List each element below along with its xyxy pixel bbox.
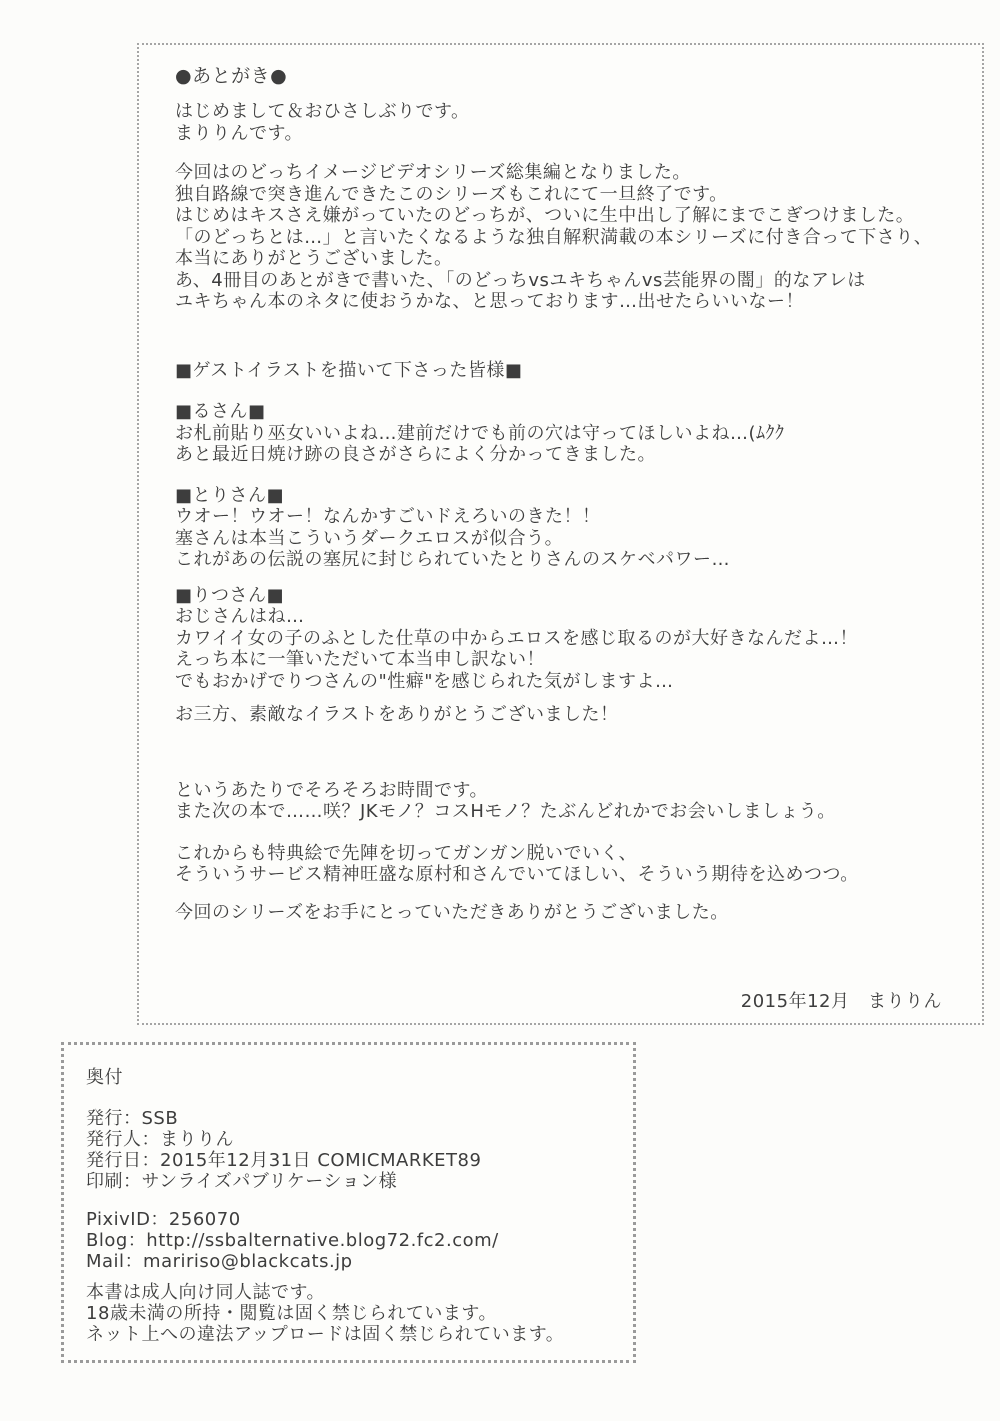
publisher-person-line: 発行人：まりりん	[86, 1129, 615, 1150]
series-line: 本当にありがとうございました。	[175, 248, 944, 270]
guest-comment-line: これがあの伝説の塞尻に封じられていたとりさんのスケベパワー…	[175, 549, 944, 571]
closing-paragraph-time: というあたりでそろそろお時間です。 また次の本で……咲？JKモノ？コスHモノ？た…	[175, 780, 944, 823]
series-line: 今回はのどっちイメージビデオシリーズ総集編となりました。	[175, 162, 944, 184]
guest-comment-line: ウオー！ウオー！なんかすごいドえろいのきた！！	[175, 506, 944, 528]
guest-comment-line: 塞さんは本当こういうダークエロスが似合う。	[175, 528, 944, 550]
closing-line: また次の本で……咲？JKモノ？コスHモノ？たぶんどれかでお会いしましょう。	[175, 801, 944, 823]
notice-line: 18歳未満の所持・閲覧は固く禁じられています。	[86, 1303, 615, 1324]
mail-address-line: Mail：maririso@blackcats.jp	[86, 1251, 615, 1272]
guest-thanks-line: お三方、素敵なイラストをありがとうございました！	[175, 704, 944, 726]
guest-name: ■りつさん■	[175, 585, 944, 607]
afterword-title: ●あとがき●	[175, 65, 944, 87]
printer-line: 印刷：サンライズパブリケーション様	[86, 1171, 615, 1192]
guest-name: ■るさん■	[175, 401, 944, 423]
closing-thanks-line: 今回のシリーズをお手にとっていただきありがとうございました。	[175, 902, 944, 924]
guest-block-ritsu: ■りつさん■ おじさんはね… カワイイ女の子のふとした仕草の中からエロスを感じ取…	[175, 585, 944, 693]
intro-line: はじめまして＆おひさしぶりです。	[175, 101, 944, 123]
guest-comment-line: お札前貼り巫女いいよね…建前だけでも前の穴は守ってほしいよね…(ﾑｸｸ	[175, 423, 944, 445]
publisher-line: 発行：SSB	[86, 1108, 615, 1129]
colophon-title: 奥付	[86, 1067, 615, 1088]
series-line: ユキちゃん本のネタに使おうかな、と思っております…出せたらいいなー！	[175, 291, 944, 313]
adult-notice-block: 本書は成人向け同人誌です。 18歳未満の所持・閲覧は固く禁じられています。 ネッ…	[86, 1282, 615, 1345]
publication-info-block: 発行：SSB 発行人：まりりん 発行日：2015年12月31日 COMICMAR…	[86, 1108, 615, 1192]
closing-line: これからも特典絵で先陣を切ってガンガン脱いでいく、	[175, 843, 944, 865]
notice-line: ネット上への違法アップロードは固く禁じられています。	[86, 1324, 615, 1345]
guest-name: ■とりさん■	[175, 485, 944, 507]
intro-paragraph: はじめまして＆おひさしぶりです。 まりりんです。	[175, 101, 944, 144]
guest-block-ru: ■るさん■ お札前貼り巫女いいよね…建前だけでも前の穴は守ってほしいよね…(ﾑｸ…	[175, 401, 944, 466]
afterword-box: ●あとがき● はじめまして＆おひさしぶりです。 まりりんです。 今回はのどっちイ…	[137, 43, 984, 1025]
series-line: あ、4冊目のあとがきで書いた、「のどっちvsユキちゃんvs芸能界の闇」的なアレは	[175, 270, 944, 292]
closing-paragraph-hope: これからも特典絵で先陣を切ってガンガン脱いでいく、 そういうサービス精神旺盛な原…	[175, 843, 944, 886]
pixiv-id-line: PixivID：256070	[86, 1209, 615, 1230]
closing-line: そういうサービス精神旺盛な原村和さんでいてほしい、そういう期待を込めつつ。	[175, 864, 944, 886]
series-line: 「のどっちとは…」と言いたくなるような独自解釈満載の本シリーズに付き合って下さり…	[175, 227, 944, 249]
guest-comment-line: でもおかげでりつさんの"性癖"を感じられた気がしますよ…	[175, 671, 944, 693]
contact-info-block: PixivID：256070 Blog：http://ssbalternativ…	[86, 1209, 615, 1272]
closing-line: というあたりでそろそろお時間です。	[175, 780, 944, 802]
intro-line: まりりんです。	[175, 123, 944, 145]
guest-block-tori: ■とりさん■ ウオー！ウオー！なんかすごいドえろいのきた！！ 塞さんは本当こうい…	[175, 485, 944, 571]
guest-comment-line: おじさんはね…	[175, 606, 944, 628]
publish-date-line: 発行日：2015年12月31日 COMICMARKET89	[86, 1150, 615, 1171]
date-signature: 2015年12月 まりりん	[175, 991, 944, 1013]
colophon-box: 奥付 発行：SSB 発行人：まりりん 発行日：2015年12月31日 COMIC…	[61, 1042, 636, 1363]
guest-section-header: ■ゲストイラストを描いて下さった皆様■	[175, 360, 944, 382]
guest-comment-line: あと最近日焼け跡の良さがさらによく分かってきました。	[175, 444, 944, 466]
series-line: 独自路線で突き進んできたこのシリーズもこれにて一旦終了です。	[175, 184, 944, 206]
guest-comment-line: えっち本に一筆いただいて本当申し訳ない！	[175, 649, 944, 671]
notice-line: 本書は成人向け同人誌です。	[86, 1282, 615, 1303]
series-line: はじめはキスさえ嫌がっていたのどっちが、ついに生中出し了解にまでこぎつけました。	[175, 205, 944, 227]
series-notes-paragraph: 今回はのどっちイメージビデオシリーズ総集編となりました。 独自路線で突き進んでき…	[175, 162, 944, 313]
guest-comment-line: カワイイ女の子のふとした仕草の中からエロスを感じ取るのが大好きなんだよ…！	[175, 628, 944, 650]
blog-url-line: Blog：http://ssbalternative.blog72.fc2.co…	[86, 1230, 615, 1251]
